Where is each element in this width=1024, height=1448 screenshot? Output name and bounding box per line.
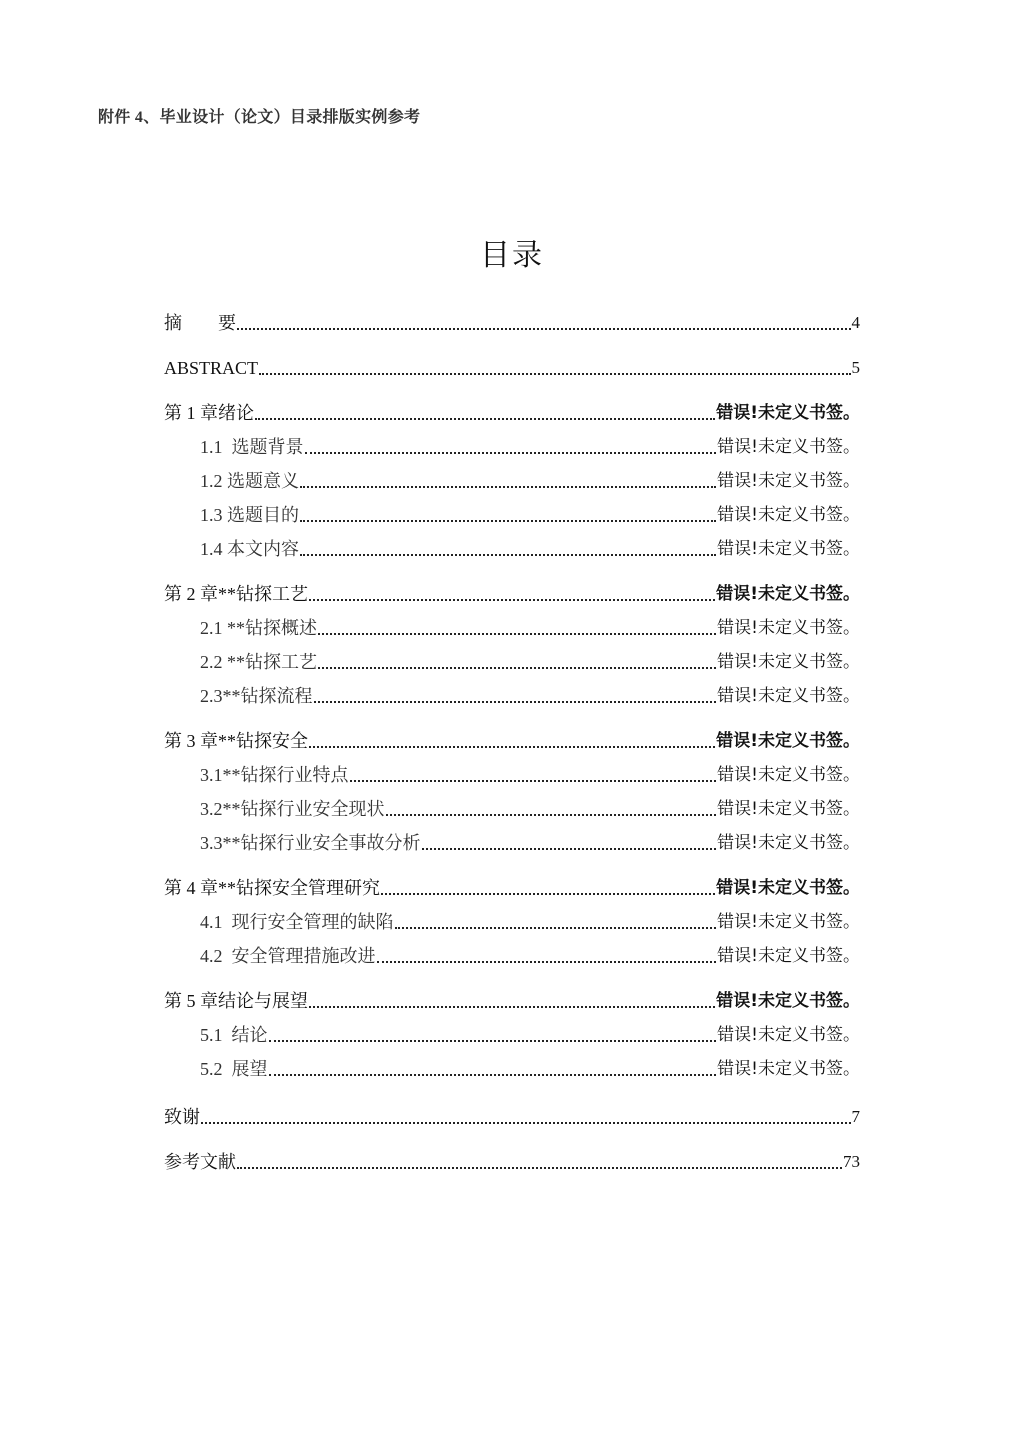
dot-leader [381, 873, 715, 903]
dot-leader [269, 1054, 717, 1084]
toc-entry-label: 2.2 **钻探工艺 [200, 647, 317, 677]
toc-entry-page: 错误!未定义书签。 [717, 1054, 860, 1084]
toc-title: 目录 [0, 230, 1024, 274]
toc-entry-label: 1.2 选题意义 [200, 466, 299, 496]
toc-entry-label: 第 2 章**钻探工艺 [164, 579, 308, 609]
toc-entry-label: 第 1 章绪论 [164, 398, 254, 428]
toc-entry-references[interactable]: 参考文献 73 [164, 1147, 860, 1177]
toc-entry-section-1-3[interactable]: 1.3 选题目的 错误!未定义书签。 [200, 500, 860, 530]
dot-leader [237, 308, 851, 338]
toc-entry-label: 1.1 选题背景 [200, 432, 304, 462]
toc-entry-label: 5.2 展望 [200, 1054, 268, 1084]
dot-leader [300, 534, 716, 564]
toc-entry-acknowledgements[interactable]: 致谢 7 [164, 1102, 860, 1132]
toc-entry-page: 错误!未定义书签。 [717, 1020, 860, 1050]
toc-entry-chapter-3[interactable]: 第 3 章**钻探安全 错误!未定义书签。 [164, 726, 860, 756]
toc-entry-page: 错误!未定义书签。 [716, 873, 860, 903]
dot-leader [395, 907, 717, 937]
toc-entry-section-1-4[interactable]: 1.4 本文内容 错误!未定义书签。 [200, 534, 860, 564]
toc-entry-label: 2.3**钻探流程 [200, 681, 313, 711]
toc-entry-chapter-1[interactable]: 第 1 章绪论 错误!未定义书签。 [164, 398, 860, 428]
dot-leader [300, 500, 716, 530]
dot-leader [309, 986, 715, 1016]
toc-entry-abstract-en[interactable]: ABSTRACT 5 [164, 353, 860, 383]
toc-entry-section-4-2[interactable]: 4.2 安全管理措施改进 错误!未定义书签。 [200, 941, 860, 971]
toc-entry-page: 错误!未定义书签。 [717, 907, 860, 937]
dot-leader [422, 828, 717, 858]
toc-entry-label: 5.1 结论 [200, 1020, 268, 1050]
toc-entry-page: 7 [852, 1102, 861, 1132]
toc-entry-label: 4.1 现行安全管理的缺陷 [200, 907, 394, 937]
toc-entry-page: 73 [843, 1147, 860, 1177]
toc-entry-label: 摘 要 [164, 308, 236, 338]
toc-entry-page: 错误!未定义书签。 [717, 534, 860, 564]
toc-entry-label: 1.4 本文内容 [200, 534, 299, 564]
toc-entry-section-5-1[interactable]: 5.1 结论 错误!未定义书签。 [200, 1020, 860, 1050]
toc-entry-label: ABSTRACT [164, 353, 258, 383]
dot-leader [300, 466, 716, 496]
toc-entry-section-4-1[interactable]: 4.1 现行安全管理的缺陷 错误!未定义书签。 [200, 907, 860, 937]
toc-entry-label: 3.1**钻探行业特点 [200, 760, 349, 790]
toc-entry-page: 错误!未定义书签。 [717, 760, 860, 790]
dot-leader [255, 398, 715, 428]
toc-entry-label: 参考文献 [164, 1147, 236, 1177]
toc-entry-page: 错误!未定义书签。 [717, 466, 860, 496]
toc-entry-page: 错误!未定义书签。 [716, 986, 860, 1016]
toc-entry-section-3-3[interactable]: 3.3**钻探行业安全事故分析 错误!未定义书签。 [200, 828, 860, 858]
toc-entry-label: 3.2**钻探行业安全现状 [200, 794, 385, 824]
dot-leader [309, 726, 715, 756]
toc-entry-label: 1.3 选题目的 [200, 500, 299, 530]
toc-entry-page: 错误!未定义书签。 [717, 681, 860, 711]
toc-entry-page: 错误!未定义书签。 [717, 613, 860, 643]
dot-leader [309, 579, 715, 609]
toc-entry-label: 2.1 **钻探概述 [200, 613, 317, 643]
toc-entry-page: 错误!未定义书签。 [716, 726, 860, 756]
toc-entry-page: 错误!未定义书签。 [717, 647, 860, 677]
toc-entry-chapter-2[interactable]: 第 2 章**钻探工艺 错误!未定义书签。 [164, 579, 860, 609]
dot-leader [237, 1147, 842, 1177]
toc-entry-page: 错误!未定义书签。 [717, 432, 860, 462]
toc-entry-page: 错误!未定义书签。 [717, 500, 860, 530]
toc-entry-section-3-1[interactable]: 3.1**钻探行业特点 错误!未定义书签。 [200, 760, 860, 790]
dot-leader [269, 1020, 717, 1050]
toc-entry-page: 错误!未定义书签。 [717, 941, 860, 971]
toc-entry-section-5-2[interactable]: 5.2 展望 错误!未定义书签。 [200, 1054, 860, 1084]
dot-leader [377, 941, 717, 971]
toc-entry-label: 4.2 安全管理措施改进 [200, 941, 376, 971]
toc-entry-chapter-5[interactable]: 第 5 章结论与展望 错误!未定义书签。 [164, 986, 860, 1016]
toc-entry-page: 5 [852, 353, 861, 383]
dot-leader [318, 647, 716, 677]
dot-leader [350, 760, 717, 790]
toc-entry-label: 3.3**钻探行业安全事故分析 [200, 828, 421, 858]
toc-entry-label: 第 3 章**钻探安全 [164, 726, 308, 756]
toc-entry-label: 第 5 章结论与展望 [164, 986, 308, 1016]
toc-entry-label: 第 4 章**钻探安全管理研究 [164, 873, 380, 903]
toc-entry-page: 错误!未定义书签。 [717, 794, 860, 824]
toc-entry-page: 错误!未定义书签。 [716, 398, 860, 428]
toc-entry-chapter-4[interactable]: 第 4 章**钻探安全管理研究 错误!未定义书签。 [164, 873, 860, 903]
toc-entry-section-1-1[interactable]: 1.1 选题背景 错误!未定义书签。 [200, 432, 860, 462]
attachment-caption: 附件 4、毕业设计（论文）目录排版实例参考 [98, 104, 420, 127]
toc-entry-label: 致谢 [164, 1102, 200, 1132]
dot-leader [305, 432, 717, 462]
dot-leader [201, 1102, 851, 1132]
toc-entry-page: 错误!未定义书签。 [717, 828, 860, 858]
dot-leader [386, 794, 717, 824]
toc-entry-section-2-3[interactable]: 2.3**钻探流程 错误!未定义书签。 [200, 681, 860, 711]
toc-entry-section-3-2[interactable]: 3.2**钻探行业安全现状 错误!未定义书签。 [200, 794, 860, 824]
dot-leader [314, 681, 717, 711]
toc-entry-section-2-2[interactable]: 2.2 **钻探工艺 错误!未定义书签。 [200, 647, 860, 677]
toc-entry-section-1-2[interactable]: 1.2 选题意义 错误!未定义书签。 [200, 466, 860, 496]
toc-entry-page: 错误!未定义书签。 [716, 579, 860, 609]
dot-leader [259, 353, 850, 383]
dot-leader [318, 613, 716, 643]
toc-entry-page: 4 [852, 308, 861, 338]
toc-entry-section-2-1[interactable]: 2.1 **钻探概述 错误!未定义书签。 [200, 613, 860, 643]
toc-entry-abstract-cn[interactable]: 摘 要 4 [164, 308, 860, 338]
